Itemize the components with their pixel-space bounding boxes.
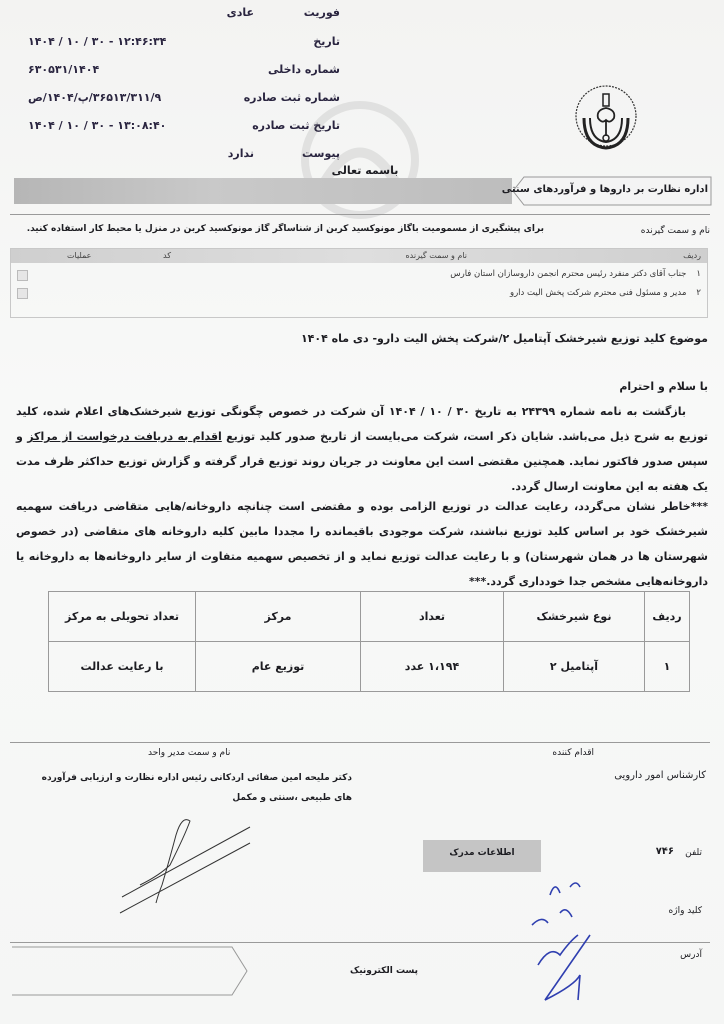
email-field-shape bbox=[10, 946, 250, 996]
recipient-row-name: مدیر و مسئول فنی محترم شرکت پخش الیت دار… bbox=[510, 288, 686, 298]
meta-label: تاریخ bbox=[260, 35, 340, 48]
meta-label: فوریت bbox=[260, 6, 340, 19]
body-paragraph-2: ***خاطر نشان می‌گردد، رعایت عدالت در توز… bbox=[16, 494, 708, 594]
manager-label: نام و سمت مدیر واحد bbox=[148, 748, 230, 758]
header-row: ردیف bbox=[683, 251, 701, 260]
meta-value: ۱۴۰۴ / ۱۰ / ۳۰ - ۱۲:۴۶:۳۴ bbox=[20, 35, 260, 48]
cell-delivered: با رعایت عدالت bbox=[49, 642, 196, 692]
recipients-table: ردیف نام و سمت گیرنده کد عملیات ۱ جناب آ… bbox=[10, 248, 708, 318]
header-code: کد bbox=[163, 251, 171, 260]
body-paragraph-1: بازگشت به نامه شماره ۲۴۳۹۹ به تاریخ ۳۰ /… bbox=[16, 399, 708, 499]
keyword-label: کلید واژه bbox=[669, 906, 702, 916]
header-cell: مرکز bbox=[196, 592, 361, 642]
cell-row-number: ۱ bbox=[645, 642, 690, 692]
header-cell: ردیف bbox=[645, 592, 690, 642]
manager-value: دکتر ملیحه امین صفائی اردکانی رئیس اداره… bbox=[32, 768, 352, 808]
meta-value: عادی bbox=[20, 6, 260, 19]
meta-internal-number: شماره داخلی ۶۳۰۵۳۱/۱۴۰۴ bbox=[20, 59, 340, 79]
handwritten-note-icon bbox=[520, 875, 600, 1010]
recipient-row-number: ۱ bbox=[696, 269, 701, 279]
address-label: آدرس bbox=[680, 950, 702, 960]
actor-label: اقدام کننده bbox=[552, 748, 594, 758]
cell-center: توزیع عام bbox=[196, 642, 361, 692]
actor-value: کارشناس امور دارویی bbox=[614, 770, 706, 781]
meta-value: ۶۳۰۵۳۱/۱۴۰۴ bbox=[20, 63, 260, 76]
divider bbox=[10, 214, 710, 215]
bismillah-heading: باسمه تعالی bbox=[300, 164, 430, 177]
header-cell: تعداد تحویلی به مرکز bbox=[49, 592, 196, 642]
recipient-row-number: ۲ bbox=[696, 288, 701, 298]
recipients-table-header: ردیف نام و سمت گیرنده کد عملیات bbox=[11, 249, 707, 263]
greeting: با سلام و احترام bbox=[16, 374, 708, 399]
document-view-icon[interactable] bbox=[17, 288, 28, 299]
email-label: پست الکترونیک bbox=[350, 966, 418, 976]
manager-signature-icon bbox=[110, 815, 260, 925]
header-operations: عملیات bbox=[67, 251, 91, 260]
phone-label: تلفن bbox=[685, 848, 702, 858]
recipient-row: ۲ مدیر و مسئول فنی محترم شرکت پخش الیت د… bbox=[510, 288, 701, 298]
document-view-icon[interactable] bbox=[17, 270, 28, 281]
safety-notice: برای پیشگیری از مسمومیت باگاز مونوکسید ک… bbox=[27, 224, 544, 234]
cell-quantity: ۱،۱۹۴ عدد bbox=[361, 642, 504, 692]
department-band bbox=[14, 178, 512, 204]
distribution-table-header: ردیف نوع شیرخشک تعداد مرکز تعداد تحویلی … bbox=[49, 592, 690, 642]
document-info-label: اطلاعات مدرک bbox=[423, 848, 541, 858]
header-cell: نوع شیرخشک bbox=[504, 592, 645, 642]
meta-value: ۳۶۵۱۳/۳۱۱/۹/پ/۱۴۰۴/ص bbox=[20, 91, 240, 104]
letter-page: فوریت عادی تاریخ ۱۴۰۴ / ۱۰ / ۳۰ - ۱۲:۴۶:… bbox=[0, 0, 724, 1024]
meta-date: تاریخ ۱۴۰۴ / ۱۰ / ۳۰ - ۱۲:۴۶:۳۴ bbox=[20, 31, 340, 51]
table-row: ۱ آپتامیل ۲ ۱،۱۹۴ عدد توزیع عام با رعایت… bbox=[49, 642, 690, 692]
meta-priority: فوریت عادی bbox=[20, 2, 340, 22]
watermark-emblem-icon bbox=[290, 95, 430, 225]
letter-subject: موضوع کلید توزیع شیرخشک آپتامیل ۲/شرکت پ… bbox=[301, 332, 708, 345]
recipient-label: نام و سمت گیرنده bbox=[641, 226, 710, 236]
meta-label: شماره داخلی bbox=[260, 63, 340, 76]
header-cell: تعداد bbox=[361, 592, 504, 642]
department-name: اداره نظارت بر داروها و فرآوردهای سنتی bbox=[502, 184, 708, 195]
divider bbox=[10, 942, 710, 943]
underlined-phrase: اقدام به دریافت درخواست از مراکز bbox=[27, 430, 222, 443]
meta-value: ۱۴۰۴ / ۱۰ / ۳۰ - ۱۳:۰۸:۴۰ bbox=[20, 119, 240, 132]
recipient-row: ۱ جناب آقای دکتر منفرد رئیس محترم انجمن … bbox=[450, 269, 701, 279]
divider bbox=[10, 742, 710, 743]
header-name: نام و سمت گیرنده bbox=[405, 251, 467, 260]
distribution-table: ردیف نوع شیرخشک تعداد مرکز تعداد تحویلی … bbox=[48, 591, 690, 692]
cell-formula-type: آپتامیل ۲ bbox=[504, 642, 645, 692]
phone-value: ۷۴۶ bbox=[656, 846, 674, 857]
recipient-row-name: جناب آقای دکتر منفرد رئیس محترم انجمن دا… bbox=[450, 269, 686, 279]
meta-value: ندارد bbox=[20, 147, 260, 160]
university-logo-icon bbox=[572, 78, 640, 158]
